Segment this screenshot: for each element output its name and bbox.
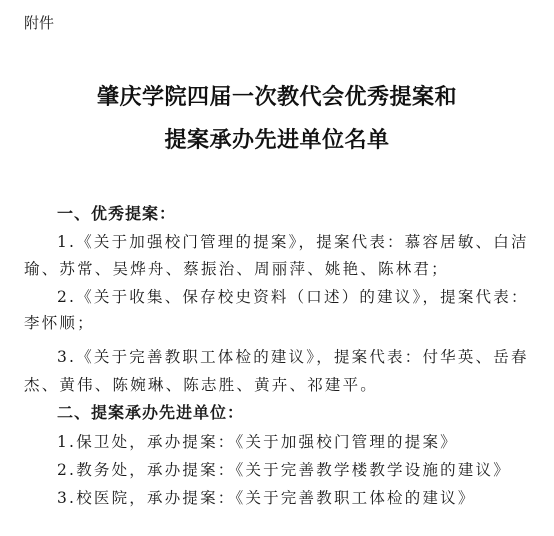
advanced-unit-item-2: 2.教务处，承办提案：《关于完善教学楼教学设施的建议》 (57, 458, 511, 480)
advanced-unit-item-3: 3.校医院，承办提案：《关于完善教职工体检的建议》 (57, 486, 476, 508)
section-heading-outstanding-proposals: 一、优秀提案： (57, 201, 176, 224)
proposal-item-3-line-2: 杰、黄伟、陈婉琳、陈志胜、黄卉、祁建平。 (24, 373, 378, 395)
attachment-label: 附件 (24, 12, 54, 33)
proposal-item-2-line-2: 李怀顺； (24, 311, 95, 333)
proposal-item-1-line-2: 瑜、苏常、吴烨舟、蔡振治、周丽萍、姚艳、陈林君； (24, 257, 449, 279)
proposal-item-3-line-1: 3.《关于完善教职工体检的建议》，提案代表：付华英、岳春 (57, 345, 529, 367)
document-title-line-2: 提案承办先进单位名单 (0, 123, 554, 154)
proposal-item-2-line-1: 2.《关于收集、保存校史资料（口述）的建议》，提案代表： (57, 285, 529, 307)
proposal-item-1-line-1: 1.《关于加强校门管理的提案》，提案代表：慕容居敏、白洁 (57, 230, 529, 252)
section-heading-advanced-units: 二、提案承办先进单位： (57, 400, 244, 423)
document-page: 附件 肇庆学院四届一次教代会优秀提案和 提案承办先进单位名单 一、优秀提案： 1… (0, 0, 554, 536)
document-title-line-1: 肇庆学院四届一次教代会优秀提案和 (0, 80, 554, 111)
advanced-unit-item-1: 1.保卫处，承办提案：《关于加强校门管理的提案》 (57, 430, 458, 452)
